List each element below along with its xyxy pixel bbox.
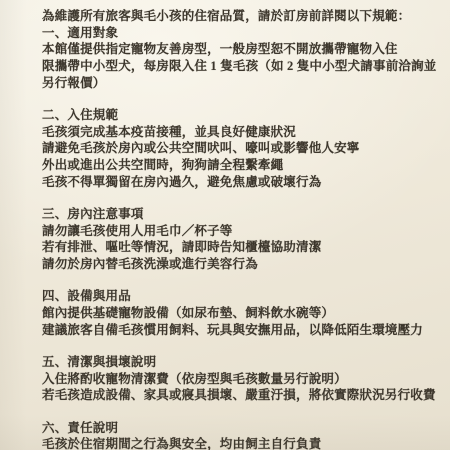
section-line: 若毛孩造成設備、家具或寢具損壞、嚴重汙損，將依實際狀況另行收費 — [42, 387, 440, 404]
section-line: 請勿於房內替毛孩洗澡或進行美容行為 — [42, 256, 440, 273]
policy-section: 三、房內注意事項請勿讓毛孩使用人用毛巾／杯子等若有排泄、嘔吐等情況，請即時告知櫃… — [42, 206, 440, 273]
section-line: 毛孩不得單獨留在房內過久，避免焦慮或破壞行為 — [42, 174, 440, 191]
section-line: 毛孩於住宿期間之行為與安全，均由飼主自行負責 — [42, 436, 440, 450]
sections-container: 一、適用對象本館僅提供指定寵物友善房型，一般房型恕不開放攜帶寵物入住限攜帶中小型… — [42, 25, 440, 450]
section-line: 建議旅客自備毛孩慣用飼料、玩具與安撫用品，以降低陌生環境壓力 — [42, 322, 440, 339]
section-title: 二、入住規範 — [42, 107, 440, 124]
section-title: 一、適用對象 — [42, 25, 440, 42]
intro-line: 為維護所有旅客與毛小孩的住宿品質，請於訂房前詳閱以下規範： — [42, 8, 440, 25]
policy-section: 四、設備與用品館內提供基礎寵物設備（如尿布墊、飼料飲水碗等）建議旅客自備毛孩慣用… — [42, 288, 440, 338]
section-title: 四、設備與用品 — [42, 288, 440, 305]
policy-section: 六、責任說明毛孩於住宿期間之行為與安全，均由飼主自行負責 — [42, 420, 440, 450]
section-line: 外出或進出公共空間時，狗狗請全程繫牽繩 — [42, 157, 440, 174]
section-line: 請避免毛孩於房內或公共空間吠叫、嚎叫或影響他人安寧 — [42, 140, 440, 157]
section-line: 若有排泄、嘔吐等情況，請即時告知櫃檯協助清潔 — [42, 239, 440, 256]
section-line: 請勿讓毛孩使用人用毛巾／杯子等 — [42, 223, 440, 240]
policy-section: 二、入住規範毛孩須完成基本疫苗接種，並具良好健康狀況請避免毛孩於房內或公共空間吠… — [42, 107, 440, 191]
section-line: 館內提供基礎寵物設備（如尿布墊、飼料飲水碗等） — [42, 305, 440, 322]
section-line: 入住將酌收寵物清潔費（依房型與毛孩數量另行說明） — [42, 371, 440, 388]
policy-section: 五、清潔與損壞說明入住將酌收寵物清潔費（依房型與毛孩數量另行說明）若毛孩造成設備… — [42, 354, 440, 404]
pet-policy-document: 為維護所有旅客與毛小孩的住宿品質，請於訂房前詳閱以下規範： 一、適用對象本館僅提… — [0, 0, 450, 450]
section-title: 三、房內注意事項 — [42, 206, 440, 223]
section-line: 毛孩須完成基本疫苗接種，並具良好健康狀況 — [42, 124, 440, 141]
section-line: 本館僅提供指定寵物友善房型，一般房型恕不開放攜帶寵物入住 — [42, 41, 440, 58]
section-title: 六、責任說明 — [42, 420, 440, 437]
policy-section: 一、適用對象本館僅提供指定寵物友善房型，一般房型恕不開放攜帶寵物入住限攜帶中小型… — [42, 25, 440, 92]
section-line: 限攜帶中小型犬，每房限入住 1 隻毛孩（如 2 隻中小型犬請事前洽詢並另行報價） — [42, 58, 440, 91]
section-title: 五、清潔與損壞說明 — [42, 354, 440, 371]
